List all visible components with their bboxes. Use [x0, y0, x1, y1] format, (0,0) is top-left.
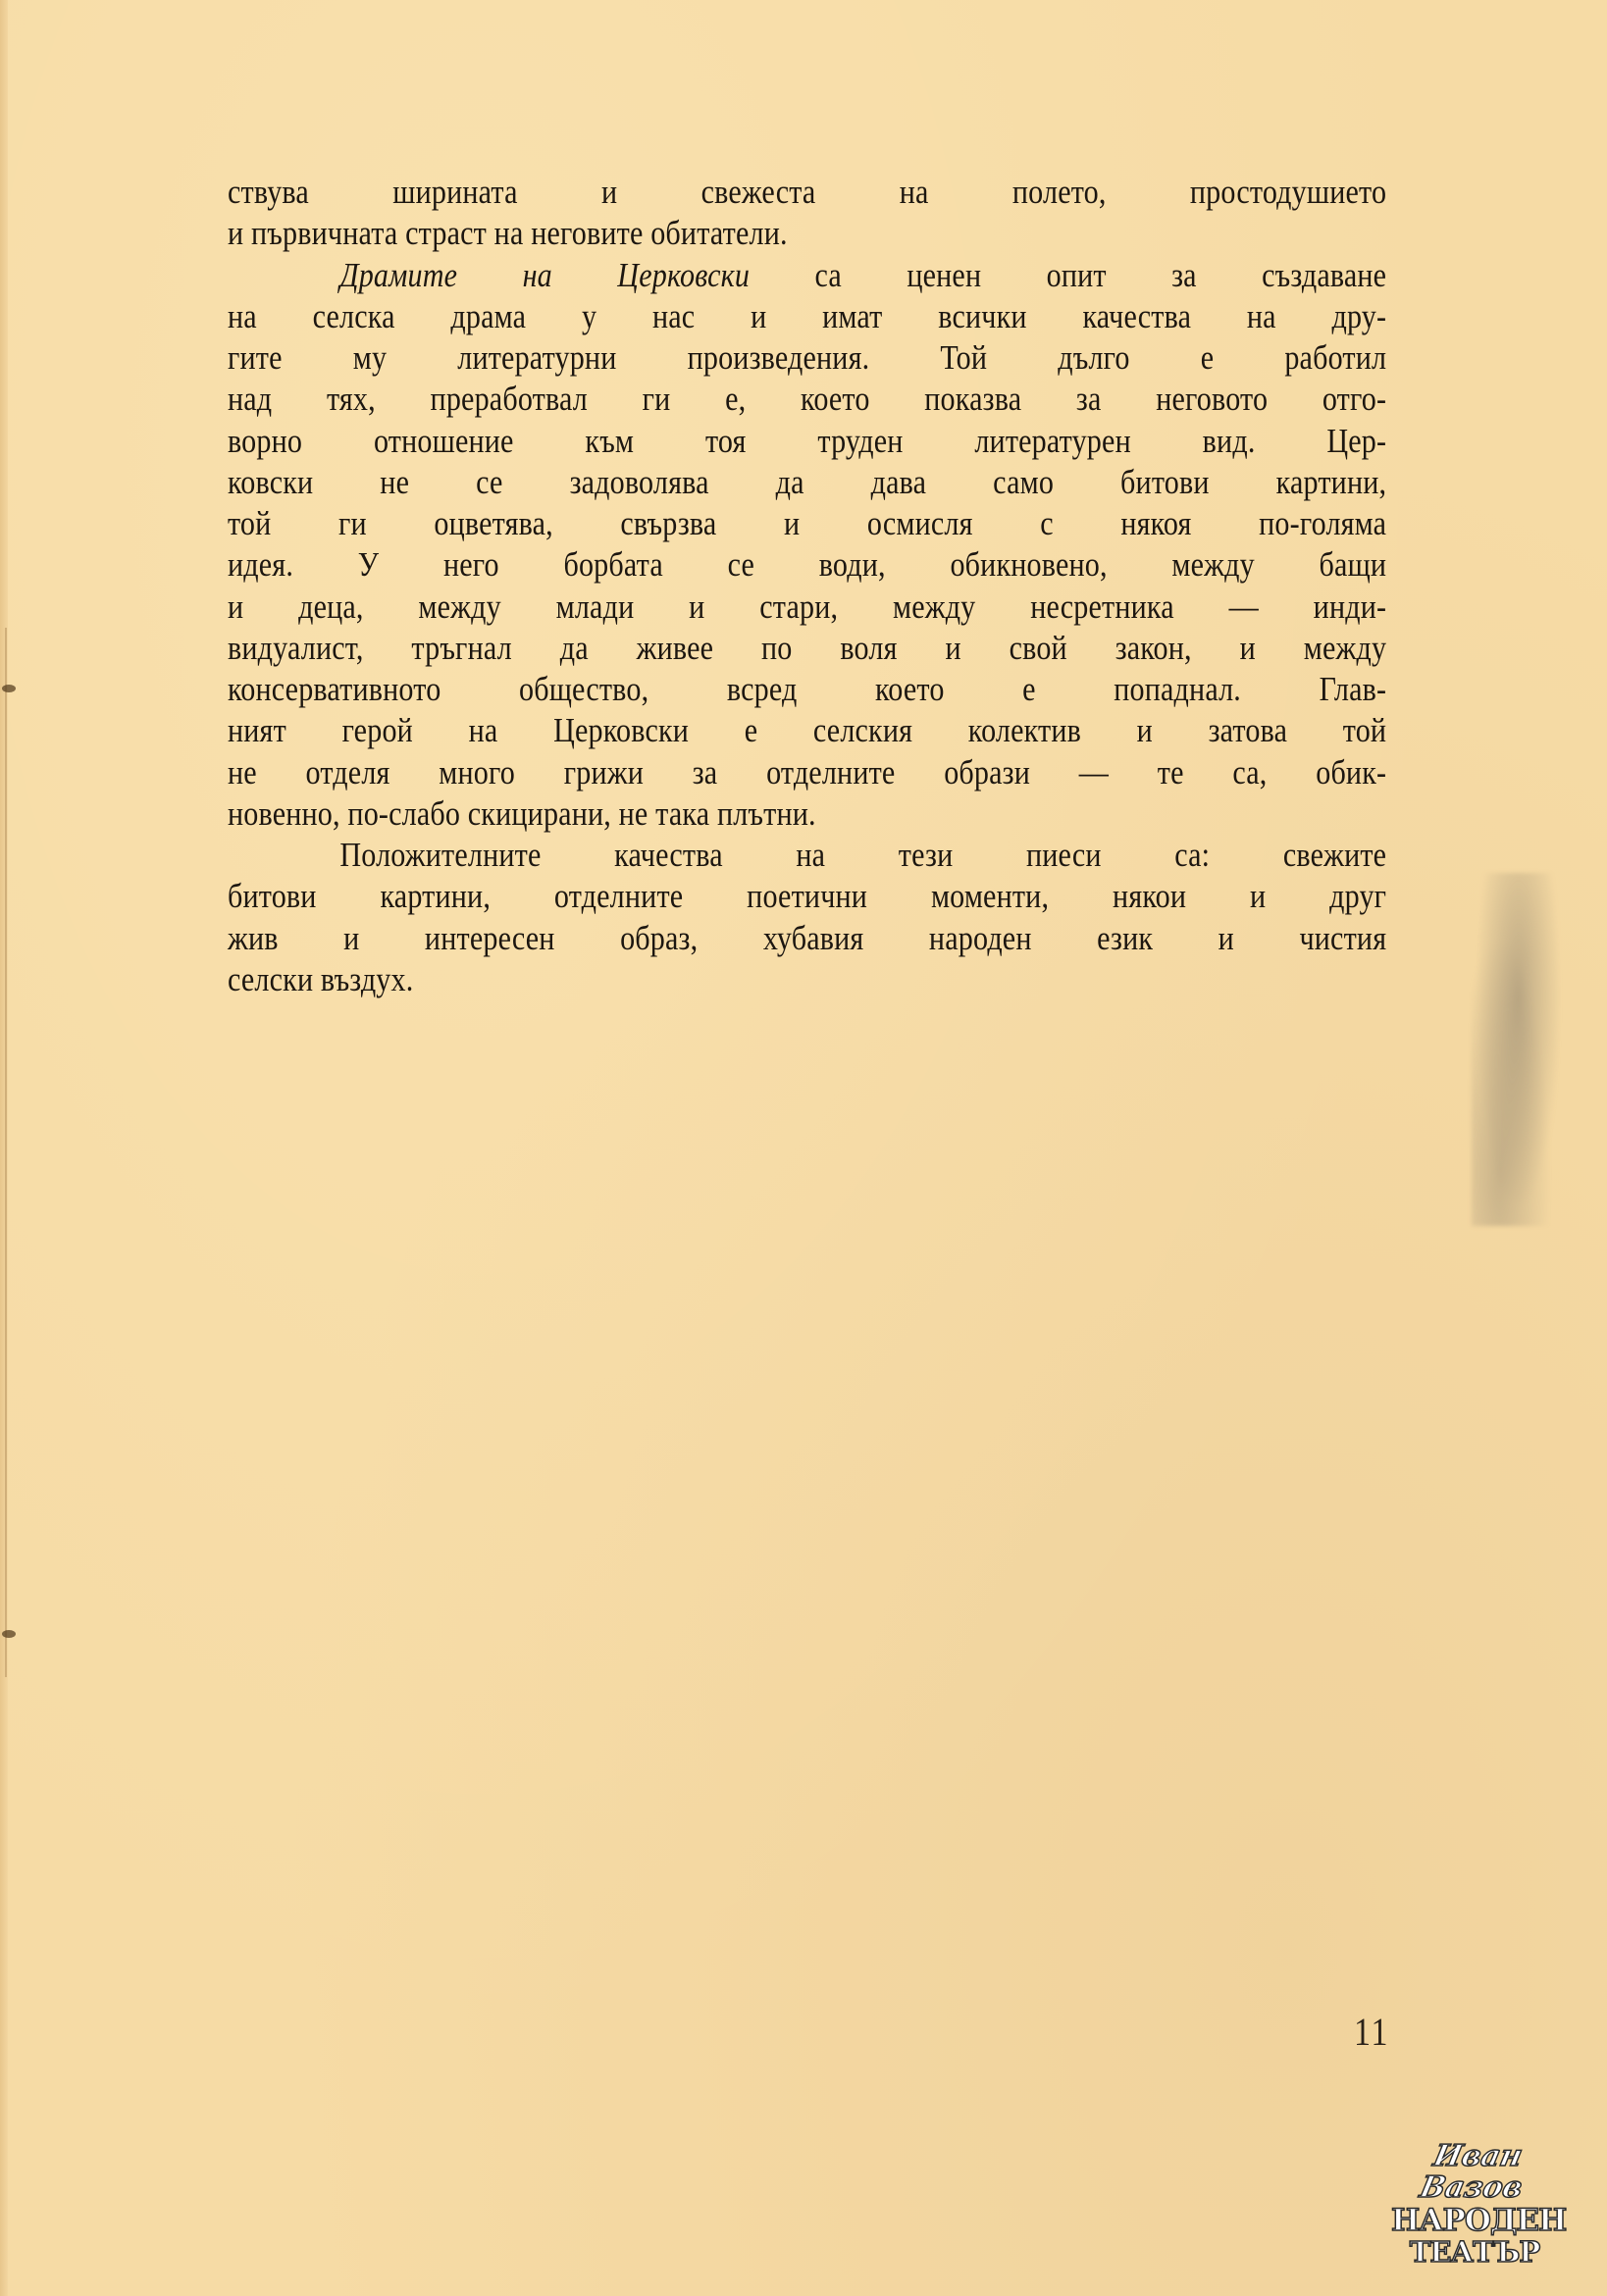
text-line: селски въздух. — [228, 959, 1386, 1000]
scanned-page: ствува ширината и свежеста на полето, пр… — [0, 0, 1607, 2296]
text-line: и първичната страст на неговите обитател… — [228, 213, 1386, 254]
text-line: новенно, по-слабо скицирани, не така плъ… — [228, 793, 1386, 835]
text-line: ният герой на Церковски е селския колект… — [228, 710, 1386, 751]
text-line: гите му литературни произведения. Той дъ… — [228, 337, 1386, 379]
text-line: над тях, преработвал ги е, което показва… — [228, 379, 1386, 420]
text-span: са ценен опит за създаване — [750, 256, 1386, 294]
ink-smudge — [1472, 873, 1565, 1226]
text-line: идея. У него борбата се води, обикновено… — [228, 544, 1386, 586]
staple-mark — [2, 685, 16, 692]
text-line: и деца, между млади и стари, между несре… — [228, 587, 1386, 628]
logo-text-line1: НАРОДЕН — [1391, 2204, 1558, 2237]
text-line: на селска драма у нас и имат всички каче… — [228, 296, 1386, 337]
text-line: ковски не се задоволява да дава само бит… — [228, 462, 1386, 503]
text-line: Драмите на Церковски са ценен опит за съ… — [228, 255, 1386, 296]
page-number: 11 — [1354, 2009, 1389, 2055]
text-line: видуалист, тръгнал да живее по воля и св… — [228, 628, 1386, 669]
text-line: жив и интересен образ, хубавия народен е… — [228, 918, 1386, 959]
italic-title: Драмите на Церковски — [339, 256, 750, 294]
logo-text-line2: ТЕАТЪР — [1391, 2237, 1558, 2267]
national-theatre-watermark-logo: Иван Вазов НАРОДЕН ТЕАТЪР — [1391, 2141, 1558, 2249]
logo-signature: Иван Вазов — [1384, 2141, 1565, 2204]
staple-mark — [2, 1630, 16, 1638]
text-line: не отделя много грижи за отделните образ… — [228, 752, 1386, 793]
binding-crease — [5, 628, 7, 1677]
text-line: Положителните качества на тези пиеси са:… — [228, 835, 1386, 876]
text-line: ворно отношение към тоя труден литератур… — [228, 421, 1386, 462]
body-text: ствува ширината и свежеста на полето, пр… — [228, 172, 1386, 1000]
text-line: битови картини, отделните поетични момен… — [228, 876, 1386, 917]
text-line: консервативното общество, всред което е … — [228, 669, 1386, 710]
text-line: той ги оцветява, свързва и осмисля с няк… — [228, 503, 1386, 544]
text-line: ствува ширината и свежеста на полето, пр… — [228, 172, 1386, 213]
